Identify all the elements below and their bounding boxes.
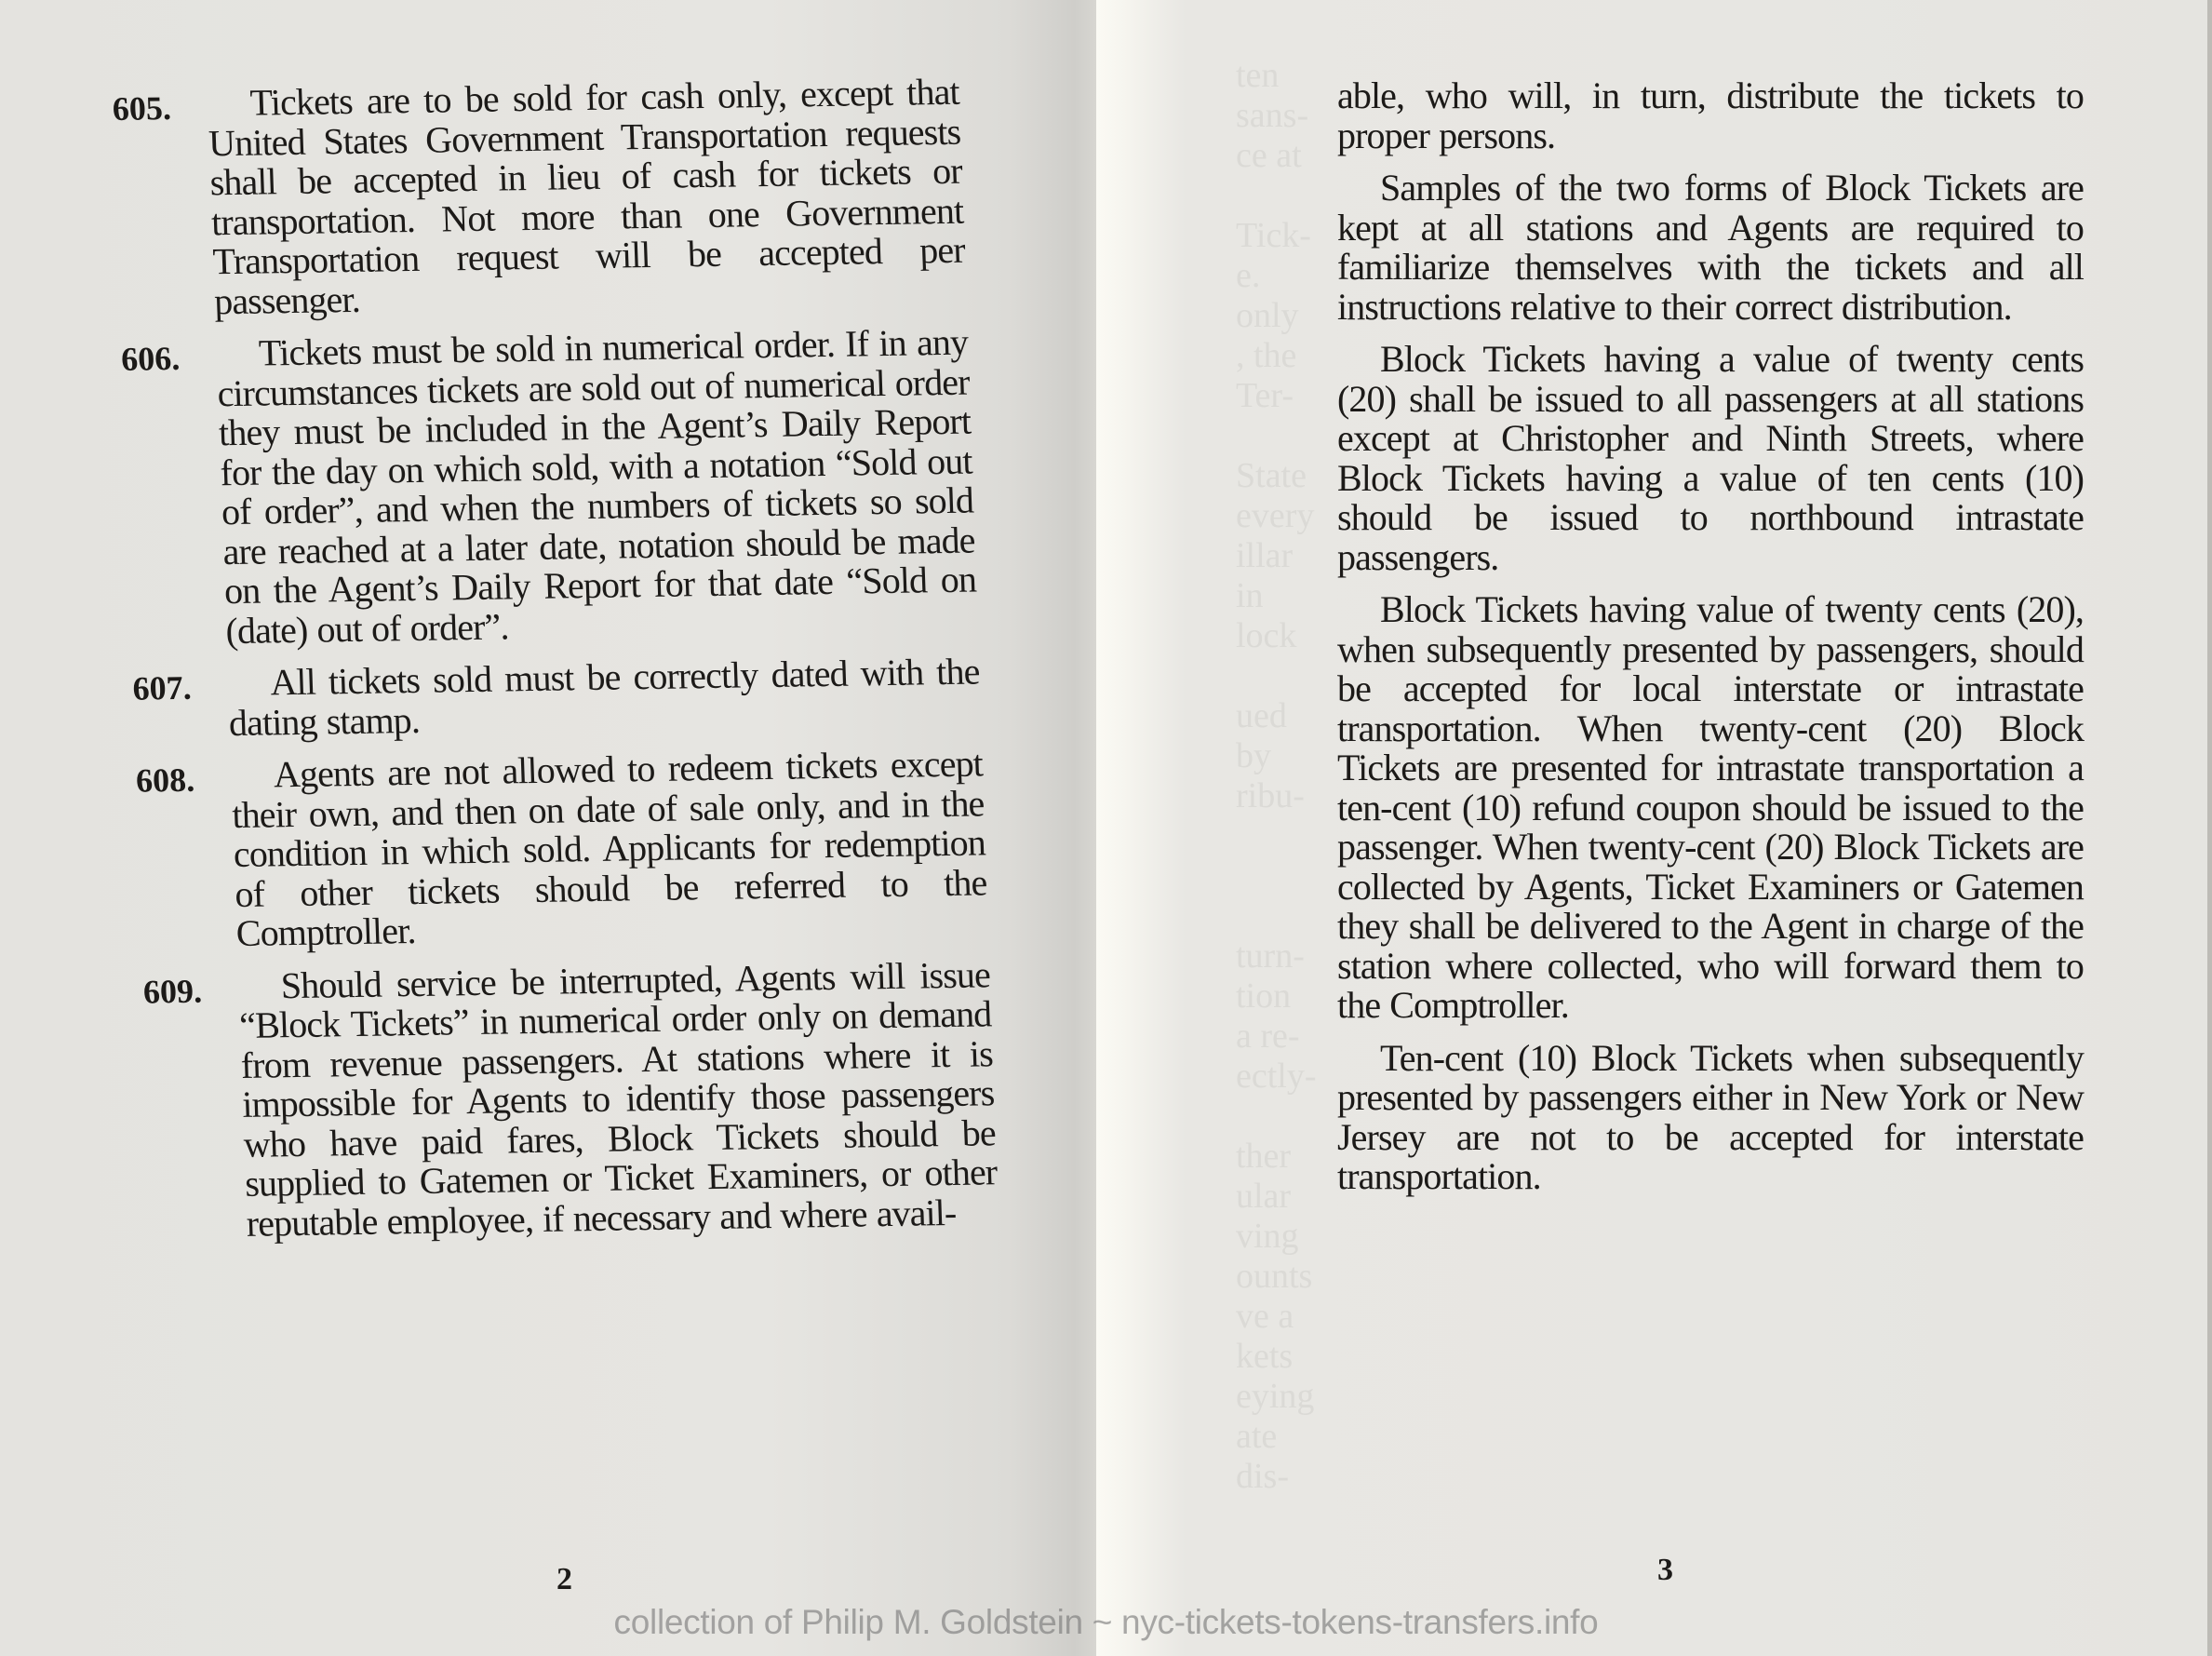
collection-watermark: collection of Philip M. Goldstein ~ nyc-… [0,1603,2212,1642]
page-number-right: 3 [1657,1553,1673,1588]
paragraph-ten-cent: Ten-cent (10) Block Tickets when subsequ… [1337,1039,2084,1197]
rule-text: Should service be interrupted, Agents wi… [237,955,999,1244]
rule-text: Tickets must be sold in numerical order.… [215,323,978,652]
rule-608: 608. Agents are not allowed to redeem ti… [135,744,1007,955]
rule-609: 609. Should service be interrupted, Agen… [142,954,1017,1245]
bleed-through-text: ten sans- ce at Tick- e. only , the Ter-… [1236,56,1317,1497]
page-number-left: 2 [556,1562,572,1597]
rule-number: 607. [132,668,192,708]
rule-number: 609. [142,971,202,1011]
rule-607: 607. All tickets sold must be correctly … [132,652,1000,745]
rule-number: 608. [135,761,194,801]
rule-number: 605. [112,88,171,128]
paragraph-samples: Samples of the two forms of Block Ticket… [1337,168,2084,327]
rule-606: 606. Tickets must be sold in numerical o… [120,322,997,652]
right-page-text: able, who will, in turn, distribute the … [1337,76,2084,1210]
rule-605: 605. Tickets are to be sold for cash onl… [112,72,985,322]
left-page-text: 605. Tickets are to be sold for cash onl… [112,72,1018,1258]
paragraph-twenty-cent-issue: Block Tickets having a value of twenty c… [1337,340,2084,577]
paragraph-continuation: able, who will, in turn, distribute the … [1337,76,2084,155]
paragraph-twenty-cent-acceptance: Block Tickets having value of twenty cen… [1337,590,2084,1026]
rule-text: Agents are not allowed to redeem tickets… [230,744,988,953]
page-edge [2207,0,2212,1656]
rule-number: 606. [121,339,181,379]
rule-text: All tickets sold must be correctly dated… [227,652,982,743]
rule-text: Tickets are to be sold for cash only, ex… [207,73,967,322]
booklet-spread: ten sans- ce at Tick- e. only , the Ter-… [0,0,2212,1656]
